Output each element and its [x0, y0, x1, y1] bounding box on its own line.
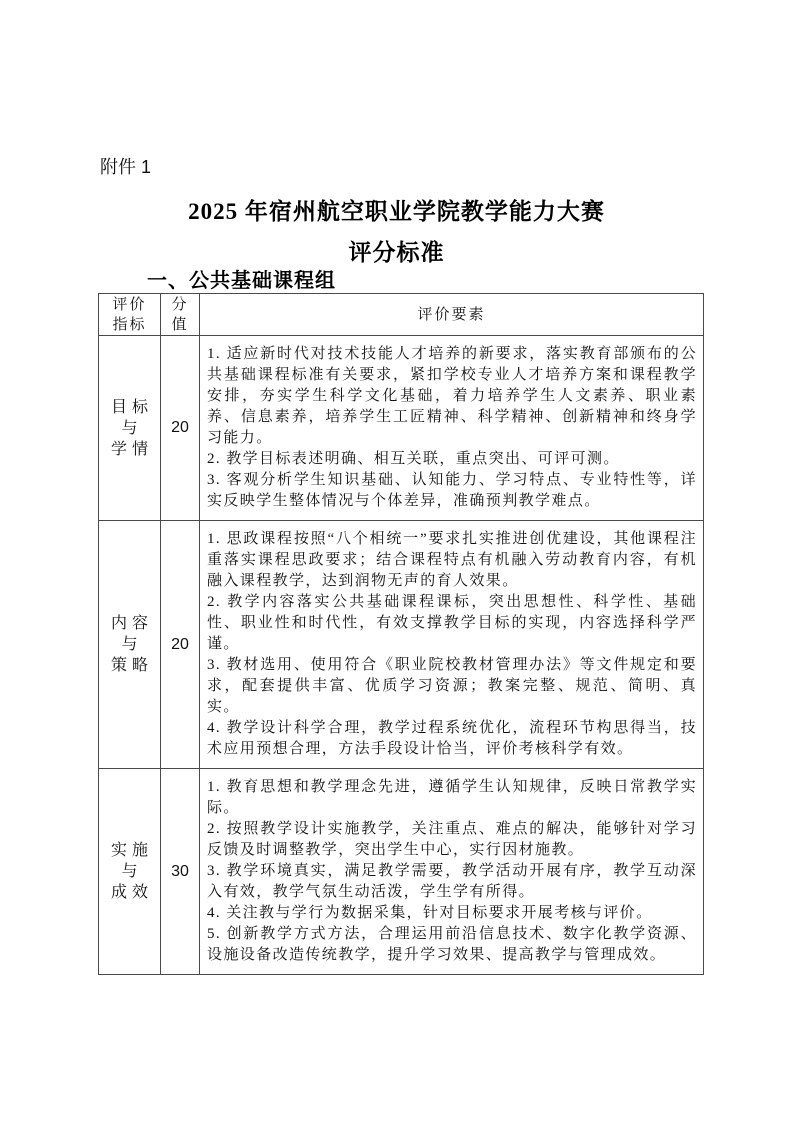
indicator-wrap: 目标 与 学情	[99, 397, 160, 460]
criteria-item: 3. 客观分析学生知识基础、认知能力、学习特点、专业特性等，详实反映学生整体情况…	[207, 470, 697, 512]
indicator-wrap: 实施 与 成效	[99, 840, 160, 903]
indicator-text: 与	[116, 861, 142, 882]
score-cell: 20	[161, 336, 200, 521]
indicator-text: 实施	[106, 840, 153, 861]
criteria-cell: 1. 适应新时代对技术技能人才培养的新要求，落实教育部颁布的公共基础课程标准有关…	[200, 336, 704, 521]
indicator-text: 成效	[106, 882, 153, 903]
indicator-cell: 内容 与 策略	[99, 521, 161, 769]
document-page: 附件 1 2025 年宿州航空职业学院教学能力大赛 评分标准 一、公共基础课程组…	[0, 0, 793, 1122]
criteria-item: 5. 创新教学方式方法，合理运用前沿信息技术、数字化教学资源、设施设备改造传统教…	[207, 924, 697, 966]
section-heading: 一、公共基础课程组	[147, 264, 336, 293]
table-header-row: 评价 指标 分 值 评价要素	[99, 294, 704, 336]
attachment-label: 附件 1	[100, 153, 151, 179]
score-cell: 30	[161, 769, 200, 975]
indicator-cell: 实施 与 成效	[99, 769, 161, 975]
indicator-text: 与	[116, 418, 142, 439]
header-indicator: 评价 指标	[99, 294, 161, 336]
criteria-item: 2. 教学内容落实公共基础课程课标，突出思想性、科学性、基础性、职业性和时代性，…	[207, 592, 697, 655]
document-title: 2025 年宿州航空职业学院教学能力大赛 评分标准	[0, 191, 793, 273]
criteria-item: 2. 教学目标表述明确、相互关联，重点突出、可评可测。	[207, 449, 697, 470]
indicator-text: 内容	[106, 613, 153, 634]
header-score: 分 值	[161, 294, 200, 336]
indicator-text: 学情	[106, 439, 153, 460]
indicator-text: 策略	[106, 655, 153, 676]
header-score-line1: 分	[161, 295, 199, 315]
criteria-item: 4. 关注教与学行为数据采集，针对目标要求开展考核与评价。	[207, 903, 697, 924]
scoring-rubric-table: 评价 指标 分 值 评价要素 目标 与 学情 20 1. 适应新时代对技术技能人…	[98, 293, 704, 975]
title-line-1: 2025 年宿州航空职业学院教学能力大赛	[0, 191, 793, 232]
score-cell: 20	[161, 521, 200, 769]
criteria-item: 3. 教材选用、使用符合《职业院校教材管理办法》等文件规定和要求，配套提供丰富、…	[207, 655, 697, 718]
criteria-item: 4. 教学设计科学合理，教学过程系统优化，流程环节构思得当，技术应用预想合理，方…	[207, 718, 697, 760]
header-indicator-line1: 评价	[99, 295, 160, 315]
criteria-item: 2. 按照教学设计实施教学，关注重点、难点的解决，能够针对学习反馈及时调整教学，…	[207, 819, 697, 861]
criteria-cell: 1. 教育思想和教学理念先进，遵循学生认知规律，反映日常教学实际。 2. 按照教…	[200, 769, 704, 975]
criteria-item: 1. 适应新时代对技术技能人才培养的新要求，落实教育部颁布的公共基础课程标准有关…	[207, 344, 697, 449]
table-row-goals: 目标 与 学情 20 1. 适应新时代对技术技能人才培养的新要求，落实教育部颁布…	[99, 336, 704, 521]
title-line-2: 评分标准	[0, 232, 793, 273]
criteria-item: 3. 教学环境真实，满足教学需要，教学活动开展有序，教学互动深入有效，教学气氛生…	[207, 861, 697, 903]
header-indicator-line2: 指标	[99, 315, 160, 335]
indicator-text: 与	[116, 634, 142, 655]
header-elements: 评价要素	[200, 294, 704, 336]
criteria-item: 1. 思政课程按照“八个相统一”要求扎实推进创优建设，其他课程注重落实课程思政要…	[207, 529, 697, 592]
indicator-wrap: 内容 与 策略	[99, 613, 160, 676]
criteria-item: 1. 教育思想和教学理念先进，遵循学生认知规律，反映日常教学实际。	[207, 777, 697, 819]
criteria-cell: 1. 思政课程按照“八个相统一”要求扎实推进创优建设，其他课程注重落实课程思政要…	[200, 521, 704, 769]
table-row-implementation: 实施 与 成效 30 1. 教育思想和教学理念先进，遵循学生认知规律，反映日常教…	[99, 769, 704, 975]
indicator-cell: 目标 与 学情	[99, 336, 161, 521]
indicator-text: 目标	[106, 397, 153, 418]
header-score-line2: 值	[161, 315, 199, 335]
table-row-content: 内容 与 策略 20 1. 思政课程按照“八个相统一”要求扎实推进创优建设，其他…	[99, 521, 704, 769]
